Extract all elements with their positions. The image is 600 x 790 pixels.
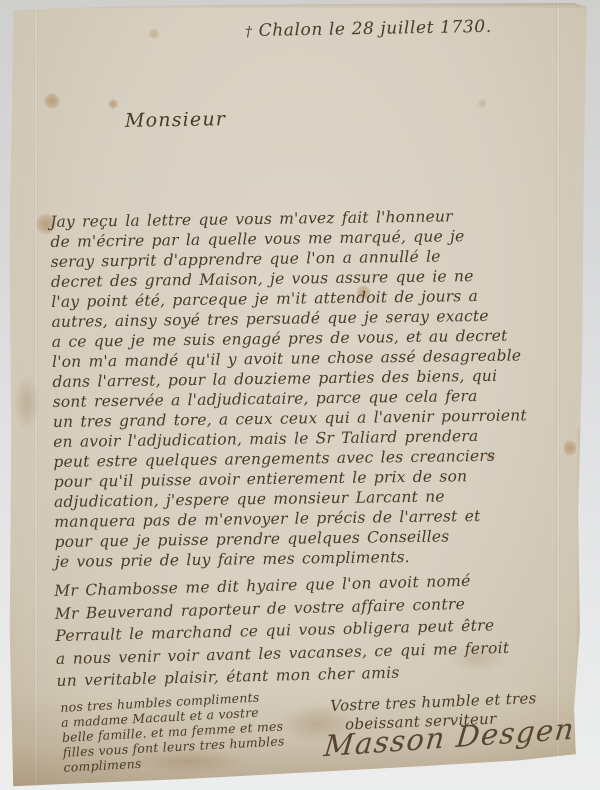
fold-crease-horizontal (8, 181, 588, 184)
cross-mark: † (245, 24, 253, 40)
salutation: Monsieur (125, 108, 226, 132)
letter-paper: †Chalon le 28 juillet 1730. Monsieur Jay… (8, 3, 588, 787)
stain (14, 373, 40, 433)
body-paragraph-2: Mr Chambosse me dit hyaire que l'on avoi… (54, 569, 510, 693)
dateline-text: Chalon le 28 juillet 1730. (258, 17, 491, 41)
paper-right-edge-toning (576, 427, 588, 787)
body-paragraph-1: Jay reçu la lettre que vous m'avez fait … (50, 205, 529, 572)
paper-top-edge-shadow (8, 3, 588, 9)
foxing-spot (564, 439, 576, 457)
foxing-spot (44, 93, 60, 109)
photo-background: †Chalon le 28 juillet 1730. Monsieur Jay… (0, 0, 600, 790)
foxing-spot (478, 99, 487, 108)
foxing-spot (108, 99, 118, 109)
closing-compliments: nos tres humbles compliments a madame Ma… (60, 688, 286, 775)
foxing-spot (148, 29, 160, 39)
dateline: †Chalon le 28 juillet 1730. (245, 17, 492, 41)
fold-crease-right (556, 3, 560, 787)
